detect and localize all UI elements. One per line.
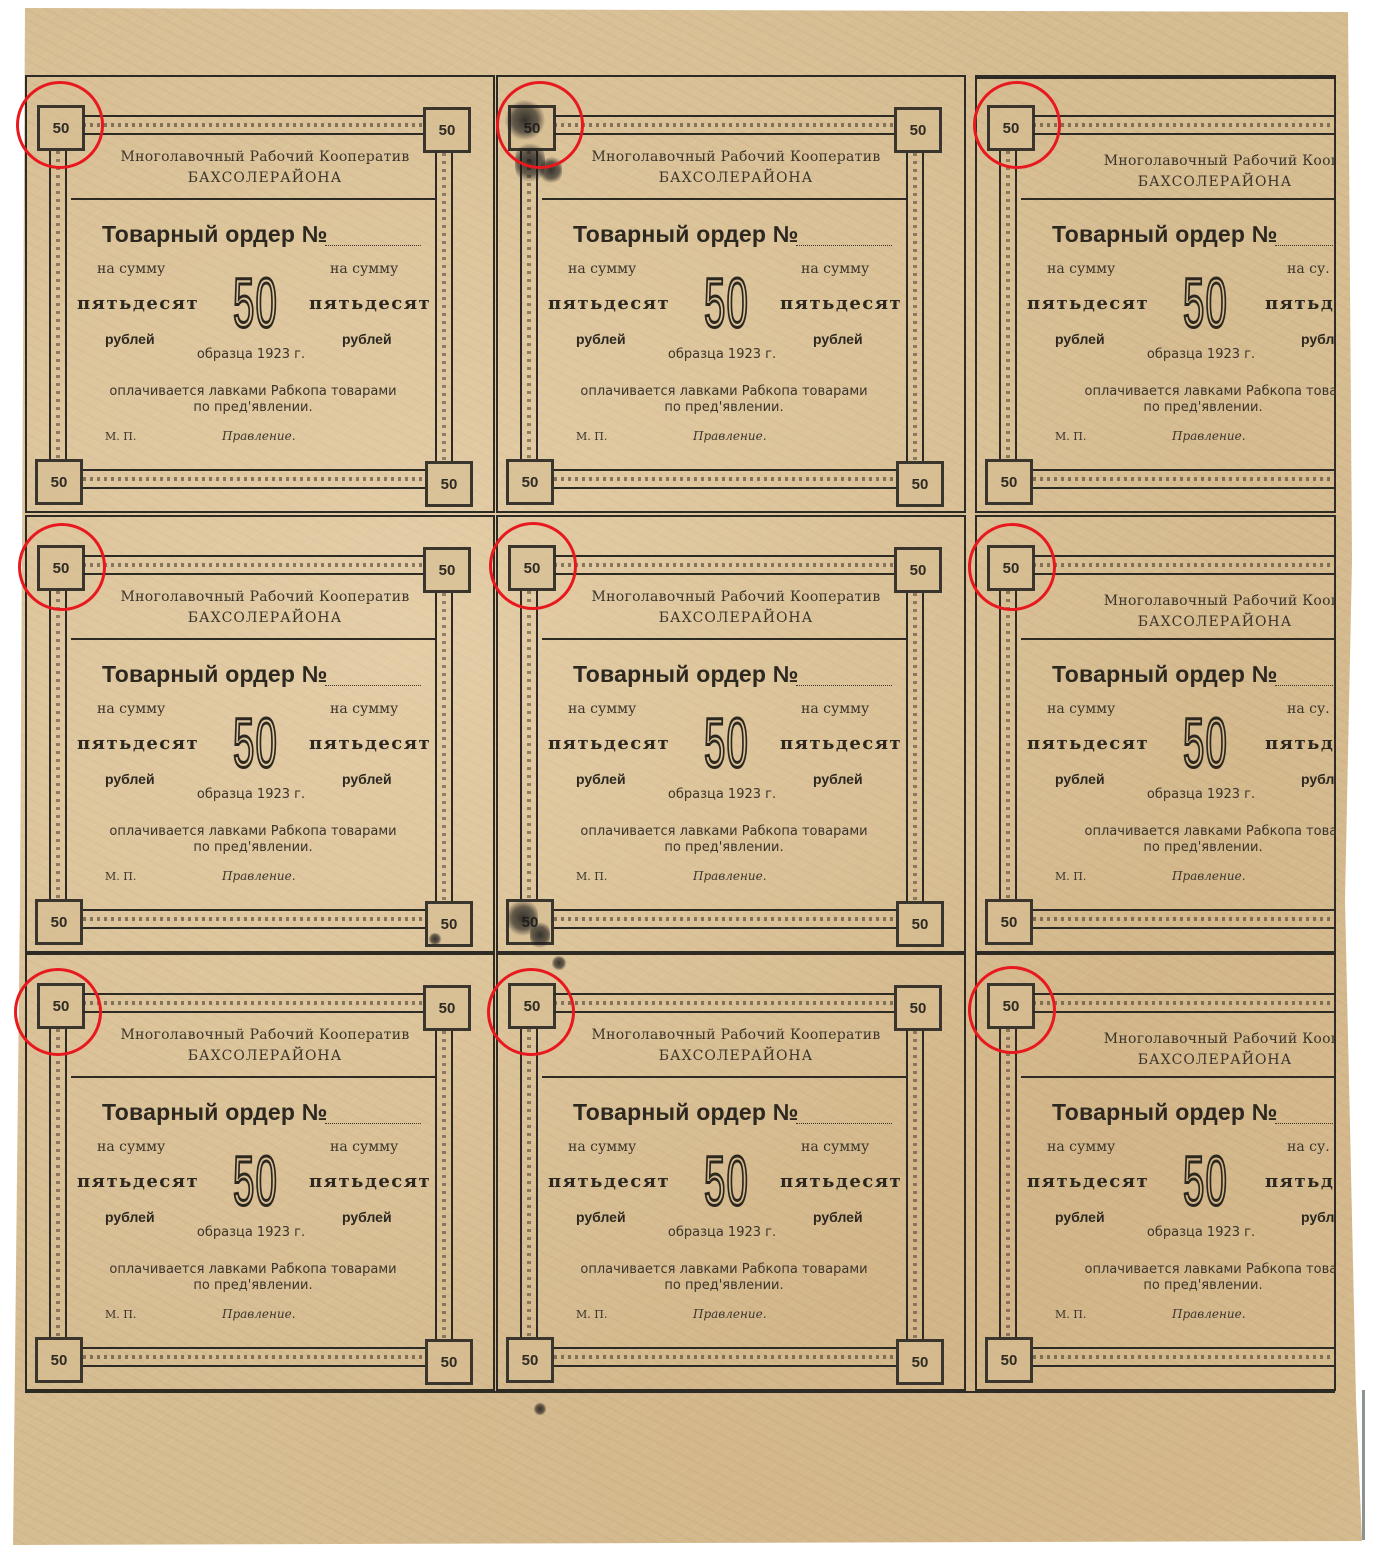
sum-label-left: на сумму	[568, 261, 636, 277]
currency-right: рублей	[342, 331, 392, 347]
corner-value-text: 50	[439, 122, 456, 139]
cooperative-name: Многолавочный Рабочий Кооператив	[120, 589, 409, 605]
district-name: БАХСОЛЕРАЙОНА	[659, 170, 813, 186]
order-number-field	[796, 1123, 892, 1124]
payment-terms-line2: по пред'явлении.	[1143, 400, 1262, 415]
payment-terms-line2: по пред'явлении.	[193, 400, 312, 415]
ornamental-strip-bottom	[1033, 469, 1336, 489]
corner-value-text: 50	[51, 1352, 68, 1369]
order-number-field	[1275, 685, 1336, 686]
currency-right: рублей	[342, 1209, 392, 1225]
currency-left: рублей	[1055, 1209, 1105, 1225]
seal-place-label: М. П.	[576, 870, 607, 883]
amount-words-left: пятьдесят	[77, 293, 199, 314]
district-name: БАХСОЛЕРАЙОНА	[659, 1048, 813, 1064]
header-rule	[71, 198, 435, 200]
district-name: БАХСОЛЕРАЙОНА	[1138, 1052, 1292, 1068]
amount-words-right: пятьд	[1265, 733, 1334, 754]
order-title: Товарный ордер №	[573, 1099, 799, 1126]
corner-value-bottom-left: 50	[35, 899, 83, 945]
amount-words-right: пятьдесят	[780, 293, 902, 314]
ink-stain	[552, 955, 566, 971]
corner-value-text: 50	[1001, 474, 1018, 491]
ornamental-strip-right	[906, 1031, 924, 1339]
sum-label-left: на сумму	[97, 261, 165, 277]
sum-label-left: на сумму	[568, 1139, 636, 1155]
amount-words-right: пятьдесят	[780, 1171, 902, 1192]
corner-value-top-right: 50	[423, 107, 471, 153]
denomination-numeral: 50	[233, 1146, 278, 1216]
payment-terms-line1: оплачивается лавками Рабкопа товар	[1085, 824, 1336, 839]
header-rule	[71, 638, 435, 640]
sum-label-left: на сумму	[97, 701, 165, 717]
red-circle-annotation	[489, 522, 577, 610]
cooperative-name: Многолавочный Рабочий Кооператив	[120, 149, 409, 165]
currency-right: рублей	[813, 331, 863, 347]
sum-label-right: на сумму	[330, 1139, 398, 1155]
order-number-field	[325, 245, 421, 246]
sample-year: образца 1923 г.	[197, 1225, 305, 1240]
board-signature-label: Правление.	[1172, 869, 1246, 883]
corner-value-bottom-right: 50	[896, 901, 944, 947]
ornamental-strip-left	[49, 151, 67, 459]
header-rule	[71, 1076, 435, 1078]
corner-value-text: 50	[51, 474, 68, 491]
amount-words-left: пятьдесят	[77, 733, 199, 754]
ornamental-strip-bottom	[554, 469, 896, 489]
corner-value-text: 50	[912, 916, 929, 933]
ornamental-strip-right	[906, 153, 924, 461]
ornamental-strip-left	[520, 591, 538, 899]
ornamental-strip-left	[49, 1029, 67, 1337]
denomination-numeral: 50	[704, 1146, 749, 1216]
denomination-numeral: 50	[704, 708, 749, 778]
corner-value-text: 50	[439, 1000, 456, 1017]
payment-terms-line2: по пред'явлении.	[193, 1278, 312, 1293]
seal-place-label: М. П.	[1055, 430, 1086, 443]
ornamental-strip-bottom	[1033, 909, 1336, 929]
ornamental-strip-bottom	[83, 1347, 425, 1367]
red-circle-annotation	[973, 81, 1061, 169]
ornamental-strip-top	[83, 555, 423, 575]
currency-left: рублей	[105, 331, 155, 347]
corner-value-text: 50	[1001, 1352, 1018, 1369]
payment-terms-line1: оплачивается лавками Рабкопа товарами	[580, 384, 867, 399]
currency-right: рублей	[813, 1209, 863, 1225]
order-title: Товарный ордер №	[1052, 221, 1278, 248]
corner-value-top-right: 50	[894, 547, 942, 593]
payment-terms-line2: по пред'явлении.	[664, 1278, 783, 1293]
seal-place-label: М. П.	[105, 870, 136, 883]
sample-year: образца 1923 г.	[197, 787, 305, 802]
payment-terms-line1: оплачивается лавками Рабкопа товарами	[109, 824, 396, 839]
district-name: БАХСОЛЕРАЙОНА	[1138, 614, 1292, 630]
cooperative-name: Многолавочный Рабочий Кооператив	[591, 149, 880, 165]
red-circle-annotation	[968, 966, 1056, 1054]
header-rule	[1021, 638, 1336, 640]
order-title: Товарный ордер №	[102, 661, 328, 688]
corner-value-bottom-left: 50	[506, 1337, 554, 1383]
sum-label-left: на сумму	[97, 1139, 165, 1155]
sum-label-right: на сумму	[801, 261, 869, 277]
sample-year: образца 1923 г.	[197, 347, 305, 362]
cooperative-name: Многолавочный Рабочий Коопер	[1104, 153, 1336, 169]
payment-terms-line1: оплачивается лавками Рабкопа товарами	[580, 1262, 867, 1277]
payment-terms-line2: по пред'явлении.	[1143, 1278, 1262, 1293]
ornamental-strip-bottom	[554, 909, 896, 929]
ornamental-strip-left	[999, 591, 1017, 899]
board-signature-label: Правление.	[222, 1307, 296, 1321]
corner-value-bottom-left: 50	[985, 1337, 1033, 1383]
payment-terms-line2: по пред'явлении.	[664, 400, 783, 415]
ornamental-strip-top	[554, 555, 894, 575]
district-name: БАХСОЛЕРАЙОНА	[188, 610, 342, 626]
amount-words-left: пятьдесят	[548, 293, 670, 314]
order-title: Товарный ордер №	[1052, 1099, 1278, 1126]
ornamental-strip-right	[435, 593, 453, 901]
ornamental-strip-left	[520, 1029, 538, 1337]
board-signature-label: Правление.	[1172, 1307, 1246, 1321]
currency-left: рублей	[576, 771, 626, 787]
sample-year: образца 1923 г.	[1147, 1225, 1255, 1240]
torn-edge	[1342, 1390, 1365, 1540]
corner-value-bottom-left: 50	[35, 1337, 83, 1383]
sum-label-right: на сумму	[330, 261, 398, 277]
red-circle-annotation	[487, 968, 575, 1056]
order-number-field	[1275, 245, 1336, 246]
ink-stain	[530, 920, 550, 950]
red-circle-annotation	[14, 968, 102, 1056]
amount-words-left: пятьдесят	[1027, 733, 1149, 754]
payment-terms-line2: по пред'явлении.	[1143, 840, 1262, 855]
corner-value-text: 50	[910, 1000, 927, 1017]
ornamental-strip-top	[1033, 115, 1336, 135]
corner-value-top-right: 50	[894, 107, 942, 153]
denomination-numeral: 50	[1183, 1146, 1228, 1216]
denomination-numeral: 50	[704, 268, 749, 338]
payment-terms-line1: оплачивается лавками Рабкопа товарами	[580, 824, 867, 839]
denomination-numeral: 50	[233, 268, 278, 338]
seal-place-label: М. П.	[1055, 1308, 1086, 1321]
header-rule	[1021, 1076, 1336, 1078]
district-name: БАХСОЛЕРАЙОНА	[188, 170, 342, 186]
seal-place-label: М. П.	[105, 1308, 136, 1321]
corner-value-text: 50	[522, 474, 539, 491]
ornamental-strip-right	[435, 1031, 453, 1339]
corner-value-bottom-right: 50	[896, 1339, 944, 1385]
red-circle-annotation	[16, 81, 104, 169]
payment-terms-line1: оплачивается лавками Рабкопа товарами	[109, 1262, 396, 1277]
payment-terms-line2: по пред'явлении.	[664, 840, 783, 855]
currency-left: рублей	[1055, 331, 1105, 347]
amount-words-right: пятьдесят	[309, 1171, 431, 1192]
denomination-numeral: 50	[233, 708, 278, 778]
district-name: БАХСОЛЕРАЙОНА	[1138, 174, 1292, 190]
corner-value-text: 50	[910, 562, 927, 579]
sheet-rule-top	[975, 77, 1335, 79]
amount-words-left: пятьдесят	[548, 1171, 670, 1192]
district-name: БАХСОЛЕРАЙОНА	[659, 610, 813, 626]
currency-right: рубл	[1301, 1209, 1334, 1225]
order-number-field	[796, 245, 892, 246]
amount-words-right: пятьд	[1265, 1171, 1334, 1192]
order-title: Товарный ордер №	[573, 661, 799, 688]
corner-value-text: 50	[51, 914, 68, 931]
amount-words-right: пятьдесят	[780, 733, 902, 754]
amount-words-left: пятьдесят	[1027, 1171, 1149, 1192]
cooperative-name: Многолавочный Рабочий Кооператив	[120, 1027, 409, 1043]
sum-label-right: на сумму	[801, 1139, 869, 1155]
corner-value-text: 50	[441, 476, 458, 493]
sum-label-right: на су.	[1287, 261, 1330, 277]
cooperative-name: Многолавочный Рабочий Коопер	[1104, 1031, 1336, 1047]
ornamental-strip-bottom	[1033, 1347, 1336, 1367]
payment-terms-line1: оплачивается лавками Рабкопа товарами	[109, 384, 396, 399]
sample-year: образца 1923 г.	[668, 1225, 776, 1240]
sum-label-left: на сумму	[1047, 261, 1115, 277]
ornamental-strip-top	[83, 993, 423, 1013]
ornamental-strip-top	[1033, 993, 1336, 1013]
sum-label-right: на су.	[1287, 701, 1330, 717]
ornamental-strip-left	[999, 1029, 1017, 1337]
corner-value-bottom-left: 50	[35, 459, 83, 505]
order-number-field	[796, 685, 892, 686]
sum-label-right: на сумму	[801, 701, 869, 717]
red-circle-annotation	[18, 523, 106, 611]
amount-words-right: пятьдесят	[309, 733, 431, 754]
amount-words-right: пятьд	[1265, 293, 1334, 314]
corner-value-text: 50	[912, 1354, 929, 1371]
sample-year: образца 1923 г.	[1147, 787, 1255, 802]
ornamental-strip-left	[49, 591, 67, 899]
header-rule	[1021, 198, 1336, 200]
currency-right: рублей	[342, 771, 392, 787]
order-number-field	[1275, 1123, 1336, 1124]
ink-stain	[428, 933, 442, 945]
seal-place-label: М. П.	[105, 430, 136, 443]
corner-value-bottom-right: 50	[896, 461, 944, 507]
corner-value-text: 50	[439, 562, 456, 579]
seal-place-label: М. П.	[576, 1308, 607, 1321]
sample-year: образца 1923 г.	[1147, 347, 1255, 362]
cooperative-name: Многолавочный Рабочий Кооператив	[591, 589, 880, 605]
cooperative-name: Многолавочный Рабочий Кооператив	[591, 1027, 880, 1043]
ornamental-strip-top	[1033, 555, 1336, 575]
amount-words-right: пятьдесят	[309, 293, 431, 314]
ornamental-strip-bottom	[83, 909, 425, 929]
red-circle-annotation	[496, 81, 584, 169]
sample-year: образца 1923 г.	[668, 787, 776, 802]
currency-right: рубл	[1301, 771, 1334, 787]
seal-place-label: М. П.	[1055, 870, 1086, 883]
district-name: БАХСОЛЕРАЙОНА	[188, 1048, 342, 1064]
order-number-field	[325, 685, 421, 686]
header-rule	[542, 1076, 906, 1078]
header-rule	[542, 638, 906, 640]
ornamental-strip-right	[435, 153, 453, 461]
corner-value-text: 50	[1001, 914, 1018, 931]
corner-value-bottom-right: 50	[425, 1339, 473, 1385]
amount-words-left: пятьдесят	[77, 1171, 199, 1192]
currency-left: рублей	[576, 1209, 626, 1225]
order-title: Товарный ордер №	[573, 221, 799, 248]
amount-words-left: пятьдесят	[1027, 293, 1149, 314]
payment-terms-line1: оплачивается лавками Рабкопа товар	[1085, 384, 1336, 399]
corner-value-text: 50	[910, 122, 927, 139]
payment-terms-line1: оплачивается лавками Рабкопа товар	[1085, 1262, 1336, 1277]
currency-left: рублей	[1055, 771, 1105, 787]
board-signature-label: Правление.	[693, 869, 767, 883]
currency-left: рублей	[576, 331, 626, 347]
sum-label-right: на сумму	[330, 701, 398, 717]
currency-right: рубл	[1301, 331, 1334, 347]
board-signature-label: Правление.	[693, 1307, 767, 1321]
corner-value-bottom-left: 50	[985, 899, 1033, 945]
amount-words-left: пятьдесят	[548, 733, 670, 754]
currency-left: рублей	[105, 1209, 155, 1225]
ornamental-strip-top	[554, 115, 894, 135]
sum-label-right: на су.	[1287, 1139, 1330, 1155]
payment-terms-line2: по пред'явлении.	[193, 840, 312, 855]
sum-label-left: на сумму	[1047, 1139, 1115, 1155]
corner-value-text: 50	[522, 1352, 539, 1369]
ornamental-strip-bottom	[554, 1347, 896, 1367]
sheet-rule-bottom	[25, 1391, 1335, 1393]
sum-label-left: на сумму	[568, 701, 636, 717]
order-title: Товарный ордер №	[102, 221, 328, 248]
ornamental-strip-bottom	[83, 469, 425, 489]
corner-value-top-right: 50	[423, 547, 471, 593]
order-number-field	[325, 1123, 421, 1124]
ornamental-strip-right	[906, 593, 924, 901]
corner-value-text: 50	[912, 476, 929, 493]
denomination-numeral: 50	[1183, 268, 1228, 338]
corner-value-bottom-left: 50	[506, 459, 554, 505]
ornamental-strip-top	[83, 115, 423, 135]
currency-left: рублей	[105, 771, 155, 787]
order-title: Товарный ордер №	[102, 1099, 328, 1126]
corner-value-top-right: 50	[423, 985, 471, 1031]
corner-value-text: 50	[441, 1354, 458, 1371]
sample-year: образца 1923 г.	[668, 347, 776, 362]
corner-value-bottom-right: 50	[425, 461, 473, 507]
ornamental-strip-top	[554, 993, 894, 1013]
board-signature-label: Правление.	[222, 869, 296, 883]
cooperative-name: Многолавочный Рабочий Коопер	[1104, 593, 1336, 609]
currency-right: рублей	[813, 771, 863, 787]
corner-value-top-right: 50	[894, 985, 942, 1031]
denomination-numeral: 50	[1183, 708, 1228, 778]
board-signature-label: Правление.	[1172, 429, 1246, 443]
board-signature-label: Правление.	[222, 429, 296, 443]
sum-label-left: на сумму	[1047, 701, 1115, 717]
ink-stain	[534, 1402, 546, 1416]
corner-value-text: 50	[441, 916, 458, 933]
header-rule	[542, 198, 906, 200]
red-circle-annotation	[968, 523, 1056, 611]
ornamental-strip-left	[520, 151, 538, 459]
ornamental-strip-left	[999, 151, 1017, 459]
seal-place-label: М. П.	[576, 430, 607, 443]
order-title: Товарный ордер №	[1052, 661, 1278, 688]
board-signature-label: Правление.	[693, 429, 767, 443]
corner-value-bottom-left: 50	[985, 459, 1033, 505]
